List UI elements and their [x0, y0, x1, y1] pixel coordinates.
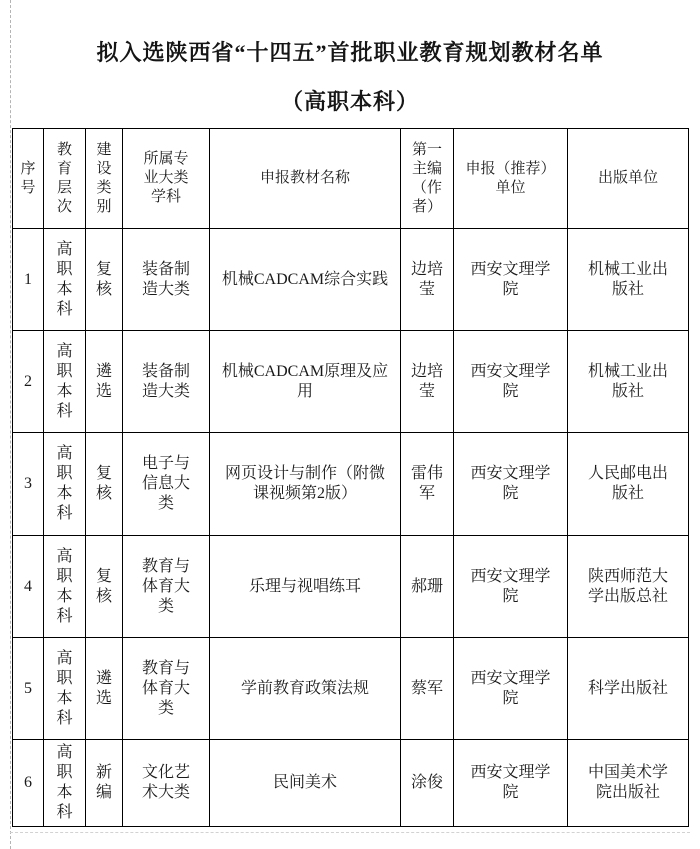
cell-editor: 边培莹 — [401, 331, 454, 433]
cell-discipline: 装备制造大类 — [123, 229, 210, 331]
cell-discipline: 文化艺术大类 — [123, 740, 210, 827]
header-cell-no: 序号 — [13, 129, 44, 229]
cell-editor: 涂俊 — [401, 740, 454, 827]
cell-category: 遴选 — [86, 638, 123, 740]
cell-category: 新编 — [86, 740, 123, 827]
header-cell-editor: 第一主编（作者） — [401, 129, 454, 229]
cell-book: 民间美术 — [210, 740, 401, 827]
cell-book: 机械CADCAM原理及应用 — [210, 331, 401, 433]
page-boundary-guide-bottom — [10, 832, 690, 833]
cell-unit: 西安文理学院 — [454, 638, 568, 740]
cell-no: 2 — [13, 331, 44, 433]
header-cell-book: 申报教材名称 — [210, 129, 401, 229]
cell-publisher: 机械工业出版社 — [568, 229, 689, 331]
cell-publisher: 陕西师范大学出版总社 — [568, 536, 689, 638]
cell-publisher: 科学出版社 — [568, 638, 689, 740]
page-boundary-guide-left — [10, 0, 11, 849]
cell-level: 高职本科 — [44, 536, 86, 638]
document-page: 拟入选陕西省“十四五”首批职业教育规划教材名单 （高职本科） 序号 教育层次 建… — [0, 0, 700, 849]
cell-no: 3 — [13, 433, 44, 536]
table-row: 1 高职本科 复核 装备制造大类 机械CADCAM综合实践 边培莹 西安文理学院… — [13, 229, 689, 331]
header-cell-category: 建设类别 — [86, 129, 123, 229]
cell-level: 高职本科 — [44, 433, 86, 536]
cell-level: 高职本科 — [44, 740, 86, 827]
cell-no: 5 — [13, 638, 44, 740]
cell-book: 机械CADCAM综合实践 — [210, 229, 401, 331]
cell-level: 高职本科 — [44, 638, 86, 740]
table-row: 6 高职本科 新编 文化艺术大类 民间美术 涂俊 西安文理学院 中国美术学院出版… — [13, 740, 689, 827]
cell-unit: 西安文理学院 — [454, 229, 568, 331]
cell-category: 复核 — [86, 229, 123, 331]
cell-category: 复核 — [86, 536, 123, 638]
cell-discipline: 教育与体育大类 — [123, 536, 210, 638]
header-cell-discipline: 所属专业大类学科 — [123, 129, 210, 229]
cell-category: 复核 — [86, 433, 123, 536]
cell-no: 1 — [13, 229, 44, 331]
cell-book: 乐理与视唱练耳 — [210, 536, 401, 638]
table-row: 2 高职本科 遴选 装备制造大类 机械CADCAM原理及应用 边培莹 西安文理学… — [13, 331, 689, 433]
cell-publisher: 人民邮电出版社 — [568, 433, 689, 536]
document-title-line2: （高职本科） — [0, 77, 700, 126]
cell-editor: 边培莹 — [401, 229, 454, 331]
cell-book: 网页设计与制作（附微课视频第2版） — [210, 433, 401, 536]
cell-no: 6 — [13, 740, 44, 827]
cell-unit: 西安文理学院 — [454, 433, 568, 536]
cell-category: 遴选 — [86, 331, 123, 433]
cell-discipline: 教育与体育大类 — [123, 638, 210, 740]
document-title: 拟入选陕西省“十四五”首批职业教育规划教材名单 （高职本科） — [0, 0, 700, 126]
cell-level: 高职本科 — [44, 229, 86, 331]
header-cell-unit: 申报（推荐）单位 — [454, 129, 568, 229]
cell-level: 高职本科 — [44, 331, 86, 433]
cell-publisher: 机械工业出版社 — [568, 331, 689, 433]
table-row: 5 高职本科 遴选 教育与体育大类 学前教育政策法规 蔡军 西安文理学院 科学出… — [13, 638, 689, 740]
header-cell-publisher: 出版单位 — [568, 129, 689, 229]
table-row: 3 高职本科 复核 电子与信息大类 网页设计与制作（附微课视频第2版） 雷伟军 … — [13, 433, 689, 536]
cell-unit: 西安文理学院 — [454, 331, 568, 433]
cell-unit: 西安文理学院 — [454, 740, 568, 827]
header-cell-level: 教育层次 — [44, 129, 86, 229]
cell-editor: 蔡军 — [401, 638, 454, 740]
textbook-list-table: 序号 教育层次 建设类别 所属专业大类学科 申报教材名称 第一主编（作者） 申报… — [12, 128, 689, 827]
cell-publisher: 中国美术学院出版社 — [568, 740, 689, 827]
cell-book: 学前教育政策法规 — [210, 638, 401, 740]
document-title-line1: 拟入选陕西省“十四五”首批职业教育规划教材名单 — [0, 28, 700, 77]
cell-editor: 雷伟军 — [401, 433, 454, 536]
cell-discipline: 装备制造大类 — [123, 331, 210, 433]
table-row: 4 高职本科 复核 教育与体育大类 乐理与视唱练耳 郝珊 西安文理学院 陕西师范… — [13, 536, 689, 638]
cell-editor: 郝珊 — [401, 536, 454, 638]
cell-no: 4 — [13, 536, 44, 638]
cell-discipline: 电子与信息大类 — [123, 433, 210, 536]
cell-unit: 西安文理学院 — [454, 536, 568, 638]
table-header-row: 序号 教育层次 建设类别 所属专业大类学科 申报教材名称 第一主编（作者） 申报… — [13, 129, 689, 229]
